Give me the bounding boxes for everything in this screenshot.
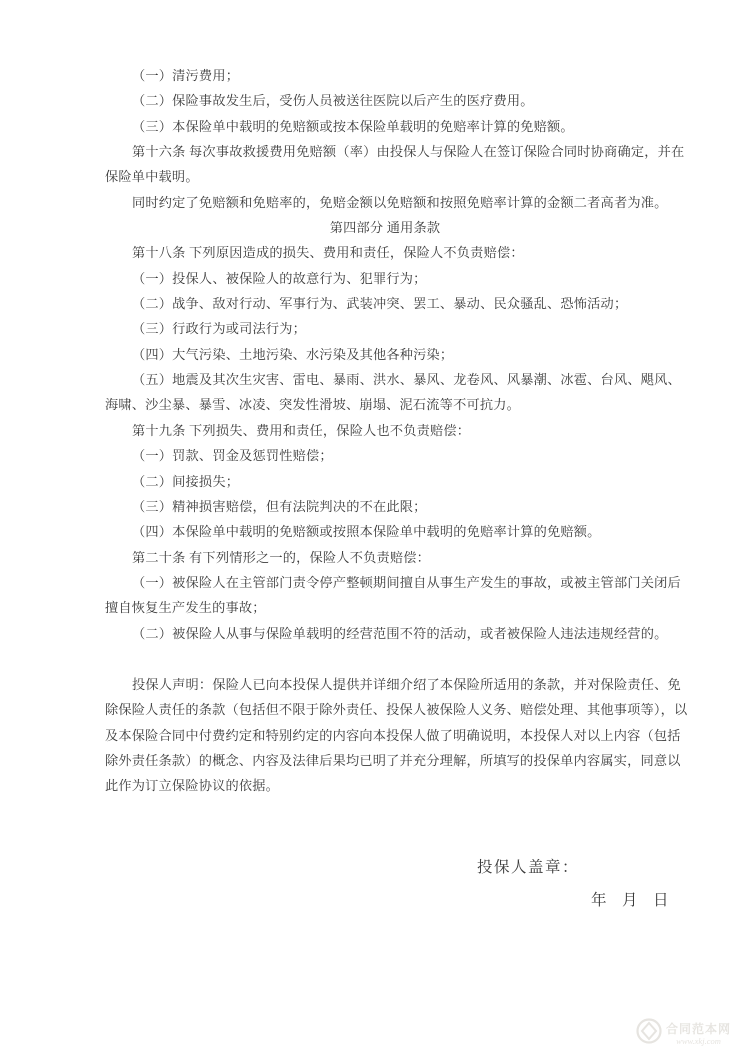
watermark-site-url: www.xkj.com	[666, 1036, 731, 1046]
document-line: （四）本保险单中载明的免赔额或按照本保险单中载明的免赔率计算的免赔额。	[105, 519, 665, 544]
document-line: 及本保险合同中付费约定和特别约定的内容向本投保人做了明确说明，本投保人对以上内容…	[105, 723, 665, 748]
document-line: 第十九条 下列损失、费用和责任，保险人也不负责赔偿：	[105, 418, 665, 443]
document-line: （一）投保人、被保险人的故意行为、犯罪行为；	[105, 266, 665, 291]
document-line: （一）罚款、罚金及惩罚性赔偿；	[105, 443, 665, 468]
document-line: 第四部分 通用条款	[105, 215, 665, 240]
document-body: （一）清污费用；（二）保险事故发生后，受伤人员被送往医院以后产生的医疗费用。（三…	[105, 63, 665, 646]
policyholder-stamp-label: 投保人盖章：	[477, 855, 579, 877]
document-line: 第十六条 每次事故救援费用免赔额（率）由投保人与保险人在签订保险合同时协商确定，…	[105, 139, 665, 164]
document-line: 海啸、沙尘暴、暴雪、冰凌、突发性滑坡、崩塌、泥石流等不可抗力。	[105, 392, 665, 417]
date-label: 年 月 日	[591, 888, 669, 910]
document-line: 此作为订立保险协议的依据。	[105, 773, 665, 798]
document-line: （二）保险事故发生后，受伤人员被送往医院以后产生的医疗费用。	[105, 88, 665, 113]
document-line: 第十八条 下列原因造成的损失、费用和责任，保险人不负责赔偿：	[105, 240, 665, 265]
document-line: 同时约定了免赔额和免赔率的，免赔金额以免赔额和按照免赔率计算的金额二者高者为准。	[105, 190, 665, 215]
document-line: （一）被保险人在主管部门责令停产整顿期间擅自从事生产发生的事故，或被主管部门关闭…	[105, 570, 665, 595]
document-line: 除保险人责任的条款（包括但不限于除外责任、投保人被保险人义务、赔偿处理、其他事项…	[105, 697, 665, 722]
document-line: （三）本保险单中载明的免赔额或按本保险单载明的免赔率计算的免赔额。	[105, 114, 665, 139]
document-line: （三）行政行为或司法行为；	[105, 316, 665, 341]
document-line: 擅自恢复生产发生的事故；	[105, 595, 665, 620]
document-line: 除外责任条款）的概念、内容及法律后果均已明了并充分理解，所填写的投保单内容属实，…	[105, 748, 665, 773]
document-page: （一）清污费用；（二）保险事故发生后，受伤人员被送往医院以后产生的医疗费用。（三…	[0, 0, 750, 1060]
document-line: （二）间接损失；	[105, 469, 665, 494]
document-line: 投保人声明：保险人已向本投保人提供并详细介绍了本保险所适用的条款，并对保险责任、…	[105, 672, 665, 697]
document-line: （四）大气污染、土地污染、水污染及其他各种污染；	[105, 342, 665, 367]
document-line: （二）战争、敌对行动、军事行为、武装冲突、罢工、暴动、民众骚乱、恐怖活动；	[105, 291, 665, 316]
document-line: （五）地震及其次生灾害、雷电、暴雨、洪水、暴风、龙卷风、风暴潮、冰雹、台风、飓风…	[105, 367, 665, 392]
watermark: 合同范本网 www.xkj.com	[636, 1018, 731, 1049]
declaration-paragraph: 投保人声明：保险人已向本投保人提供并详细介绍了本保险所适用的条款，并对保险责任、…	[105, 672, 665, 799]
watermark-logo-icon	[636, 1018, 662, 1049]
document-line: （二）被保险人从事与保险单载明的经营范围不符的活动，或者被保险人违法违规经营的。	[105, 621, 665, 646]
document-line: 第二十条 有下列情形之一的，保险人不负责赔偿：	[105, 545, 665, 570]
watermark-site-name: 合同范本网	[666, 1022, 731, 1036]
document-line: 保险单中载明。	[105, 164, 665, 189]
document-line: （三）精神损害赔偿，但有法院判决的不在此限；	[105, 494, 665, 519]
document-line: （一）清污费用；	[105, 63, 665, 88]
